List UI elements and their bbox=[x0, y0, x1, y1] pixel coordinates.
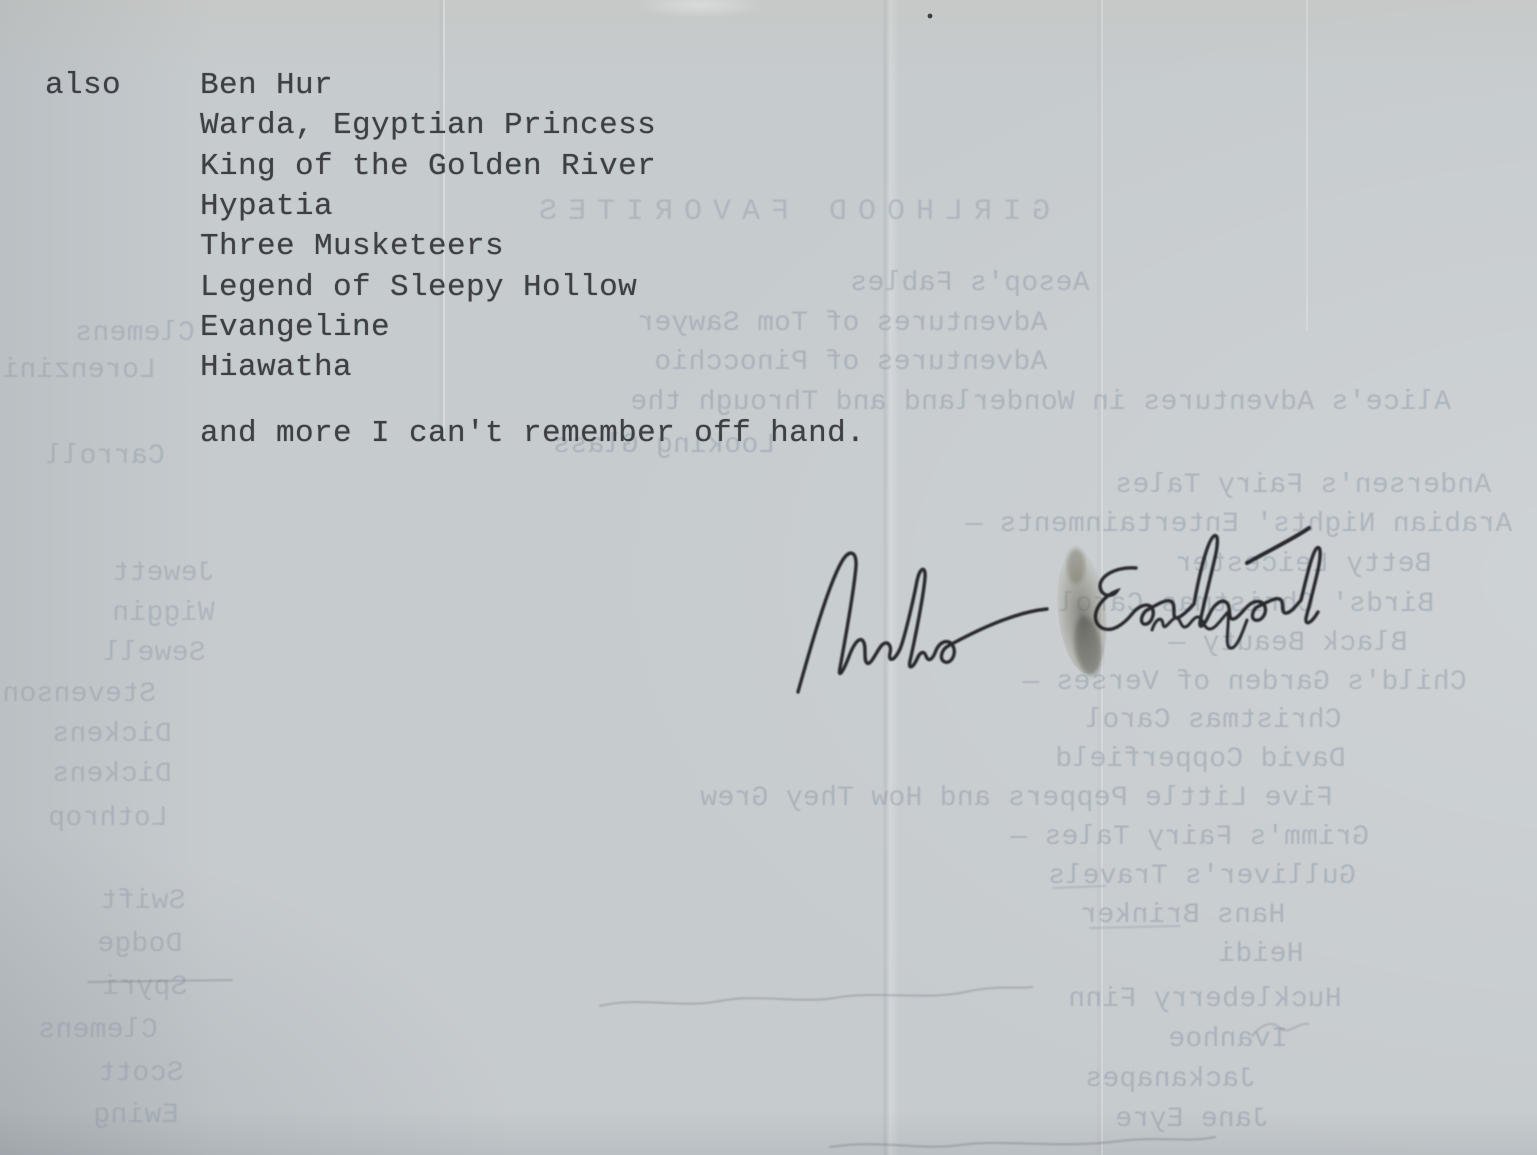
typed-book-title: Ben Hur bbox=[200, 70, 333, 101]
ghost-author: Lothrop bbox=[48, 805, 168, 833]
closing-line: and more I can't remember off hand. bbox=[200, 418, 865, 449]
typed-book-title: Warda, Egyptian Princess bbox=[200, 110, 656, 141]
ghost-title: Birds' Christmas Carol bbox=[1058, 591, 1434, 619]
ghost-author: Jewett bbox=[112, 560, 215, 588]
typed-book-title: Hiawatha bbox=[200, 352, 352, 383]
fold-crease-top-right bbox=[1306, 0, 1308, 330]
ghost-author: Swift bbox=[100, 888, 186, 916]
typed-book-title: Three Musketeers bbox=[200, 231, 504, 262]
ghost-author: Sewell bbox=[103, 640, 206, 668]
ghost-author: Scott bbox=[98, 1060, 184, 1088]
ghost-title: David Copperfield bbox=[1055, 746, 1346, 774]
ghost-author: Lorenzini bbox=[2, 357, 156, 385]
ghost-title: Adventures of Tom Sawyer bbox=[637, 310, 1047, 338]
ghost-title: Betty Leicester bbox=[1175, 551, 1432, 579]
fold-crease-left bbox=[443, 0, 445, 440]
ghost-author: Wiggin bbox=[112, 600, 215, 628]
ghost-author: Ewing bbox=[93, 1102, 179, 1130]
ghost-title: Grimm's Fairy Tales — bbox=[1010, 824, 1369, 852]
typed-book-title: Hypatia bbox=[200, 191, 333, 222]
ghost-author: Clemens bbox=[38, 1017, 158, 1045]
letter-page: GIRLHOOD FAVORITES Aesop's Fables Advent… bbox=[0, 0, 1537, 1155]
ghost-author: Clemens bbox=[75, 320, 195, 348]
ghost-title: Arabian Nights' Entertainments — bbox=[965, 511, 1512, 539]
ghost-title: Christmas Carol bbox=[1085, 707, 1342, 735]
pencil-bottom-scribble bbox=[830, 1137, 1215, 1147]
paper-light-patch bbox=[635, 0, 765, 18]
ghost-title: Gulliver's Travels bbox=[1048, 863, 1356, 891]
signature-first-name-stroke bbox=[798, 553, 1047, 692]
ghost-author: Spyri bbox=[102, 974, 188, 1002]
ghost-author: Dickens bbox=[52, 761, 172, 789]
ghost-title: Alice's Adventures in Wonderland and Thr… bbox=[630, 389, 1451, 417]
ghost-author: Carroll bbox=[45, 443, 165, 471]
ghost-author: Dodge bbox=[97, 931, 183, 959]
ghost-author: Dickens bbox=[52, 721, 172, 749]
ghost-title: Andersen's Fairy Tales bbox=[1115, 472, 1491, 500]
ghost-title: Jackanapes bbox=[1085, 1066, 1256, 1094]
pencil-inscription-scribble bbox=[600, 987, 1032, 1006]
ghost-title: Five Little Peppers and How They Grew bbox=[700, 785, 1333, 813]
ghost-title: Child's Garden of Verses — bbox=[1022, 669, 1467, 697]
ink-speck bbox=[928, 14, 933, 19]
typed-book-title: Evangeline bbox=[200, 312, 390, 343]
ghost-title: Hans Brinker bbox=[1080, 902, 1285, 930]
fold-crease-right bbox=[1101, 0, 1103, 1155]
ghost-title: Ivanhoe bbox=[1168, 1026, 1288, 1054]
ghost-title: Huckleberry Finn bbox=[1068, 986, 1342, 1014]
ghost-title: Aesop's Fables bbox=[850, 270, 1089, 298]
also-label: also bbox=[45, 70, 121, 101]
ghost-heading: GIRLHOOD FAVORITES bbox=[528, 197, 1050, 227]
typed-book-title: King of the Golden River bbox=[200, 151, 656, 182]
ghost-title: Jane Eyre bbox=[1115, 1106, 1269, 1134]
ghost-author: Stevenson bbox=[2, 681, 156, 709]
typed-book-title: Legend of Sleepy Hollow bbox=[200, 272, 637, 303]
ghost-title: Black Beauty — bbox=[1168, 630, 1407, 658]
ghost-title: Heidi bbox=[1218, 941, 1304, 969]
ghost-title: Adventures of Pinocchio bbox=[654, 349, 1047, 377]
